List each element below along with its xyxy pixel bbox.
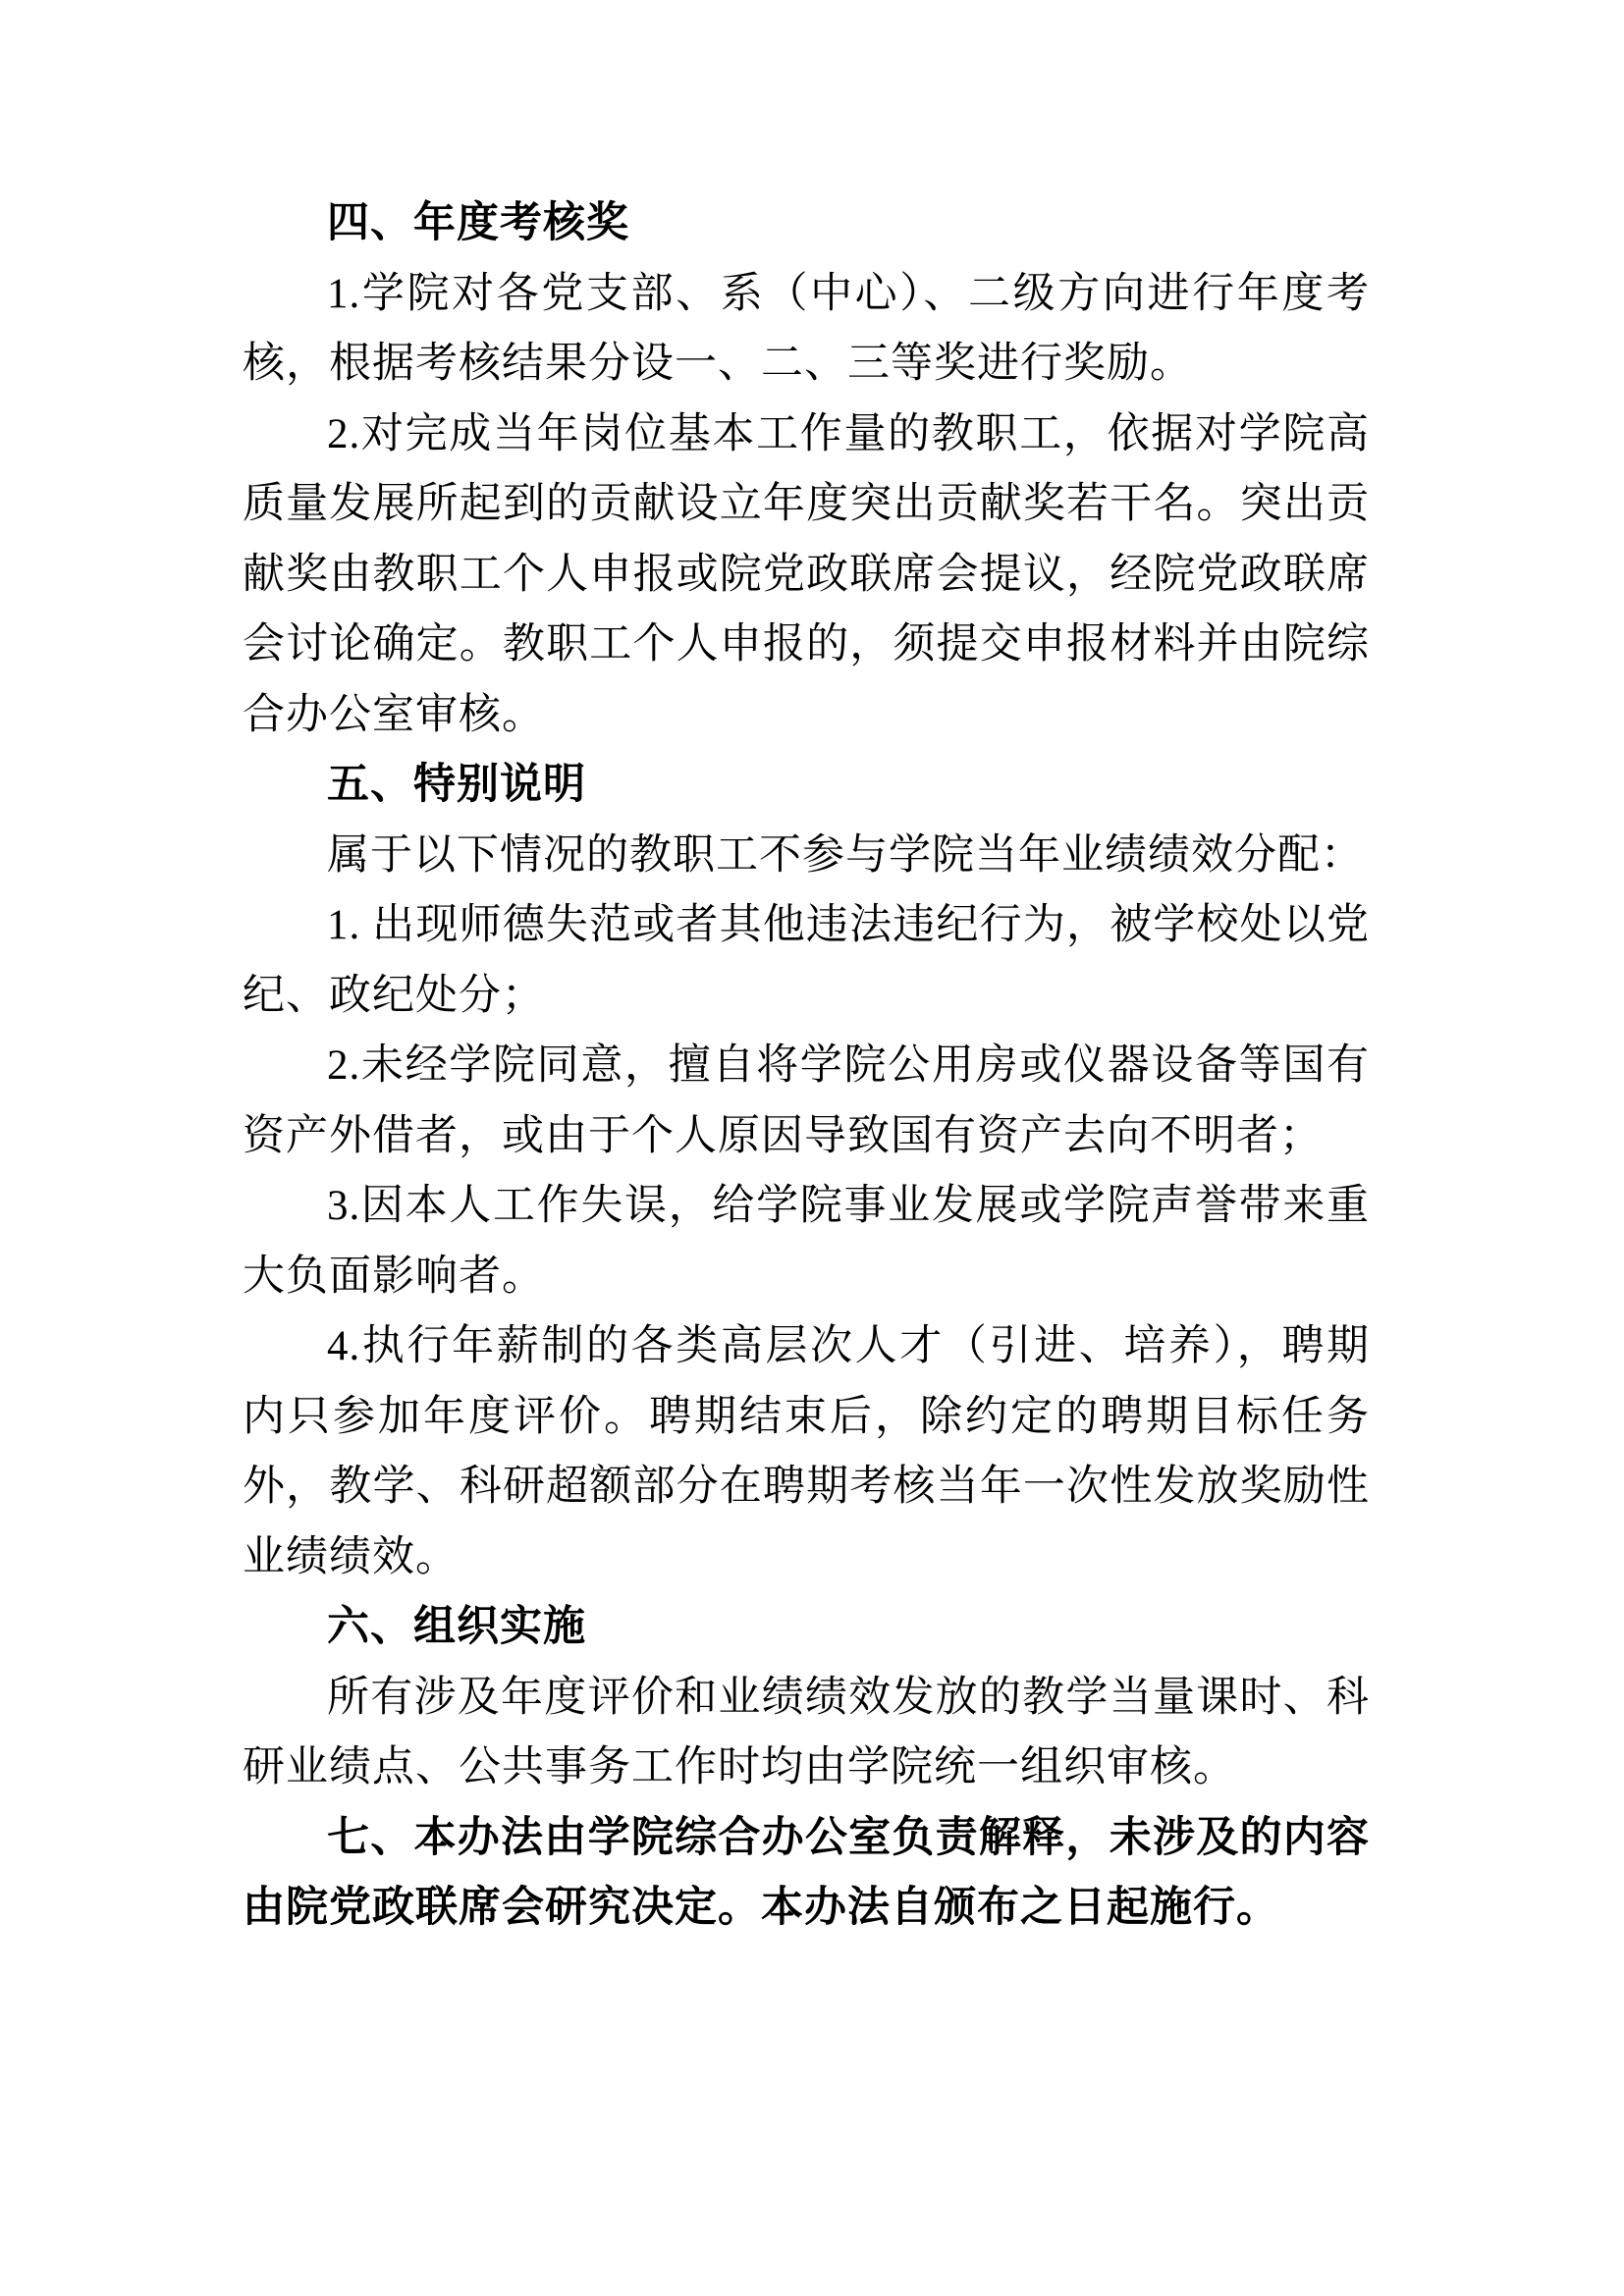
section-heading-annual-assessment-award: 四、年度考核奖 [243,188,1370,259]
paragraph-special-notes-item-3: 3.因本人工作失误，给学院事业发展或学院声誉带来重大负面影响者。 [243,1171,1370,1311]
document-body: 四、年度考核奖 1.学院对各党支部、系（中心）、二级方向进行年度考核，根据考核结… [243,188,1370,1944]
paragraph-special-notes-item-4: 4.执行年薪制的各类高层次人才（引进、培养），聘期内只参加年度评价。聘期结束后，… [243,1311,1370,1592]
paragraph-interpretation-clause: 七、本办法由学院综合办公室负责解释，未涉及的内容由院党政联席会研究决定。本办法自… [243,1803,1370,1944]
section-heading-special-notes: 五、特别说明 [243,750,1370,821]
paragraph-special-notes-item-2: 2.未经学院同意，擅自将学院公用房或仪器设备等国有资产外借者，或由于个人原因导致… [243,1031,1370,1171]
paragraph-special-notes-intro: 属于以下情况的教职工不参与学院当年业绩绩效分配： [243,821,1370,891]
paragraph-assessment-item-2: 2.对完成当年岗位基本工作量的教职工，依据对学院高质量发展所起到的贡献设立年度突… [243,400,1370,751]
document-page: 四、年度考核奖 1.学院对各党支部、系（中心）、二级方向进行年度考核，根据考核结… [0,0,1624,2296]
paragraph-organization-body: 所有涉及年度评价和业绩绩效发放的教学当量课时、科研业绩点、公共事务工作时均由学院… [243,1663,1370,1803]
paragraph-assessment-item-1: 1.学院对各党支部、系（中心）、二级方向进行年度考核，根据考核结果分设一、二、三… [243,259,1370,400]
section-heading-organization: 六、组织实施 [243,1592,1370,1663]
paragraph-special-notes-item-1: 1. 出现师德失范或者其他违法违纪行为，被学校处以党纪、政纪处分； [243,890,1370,1031]
